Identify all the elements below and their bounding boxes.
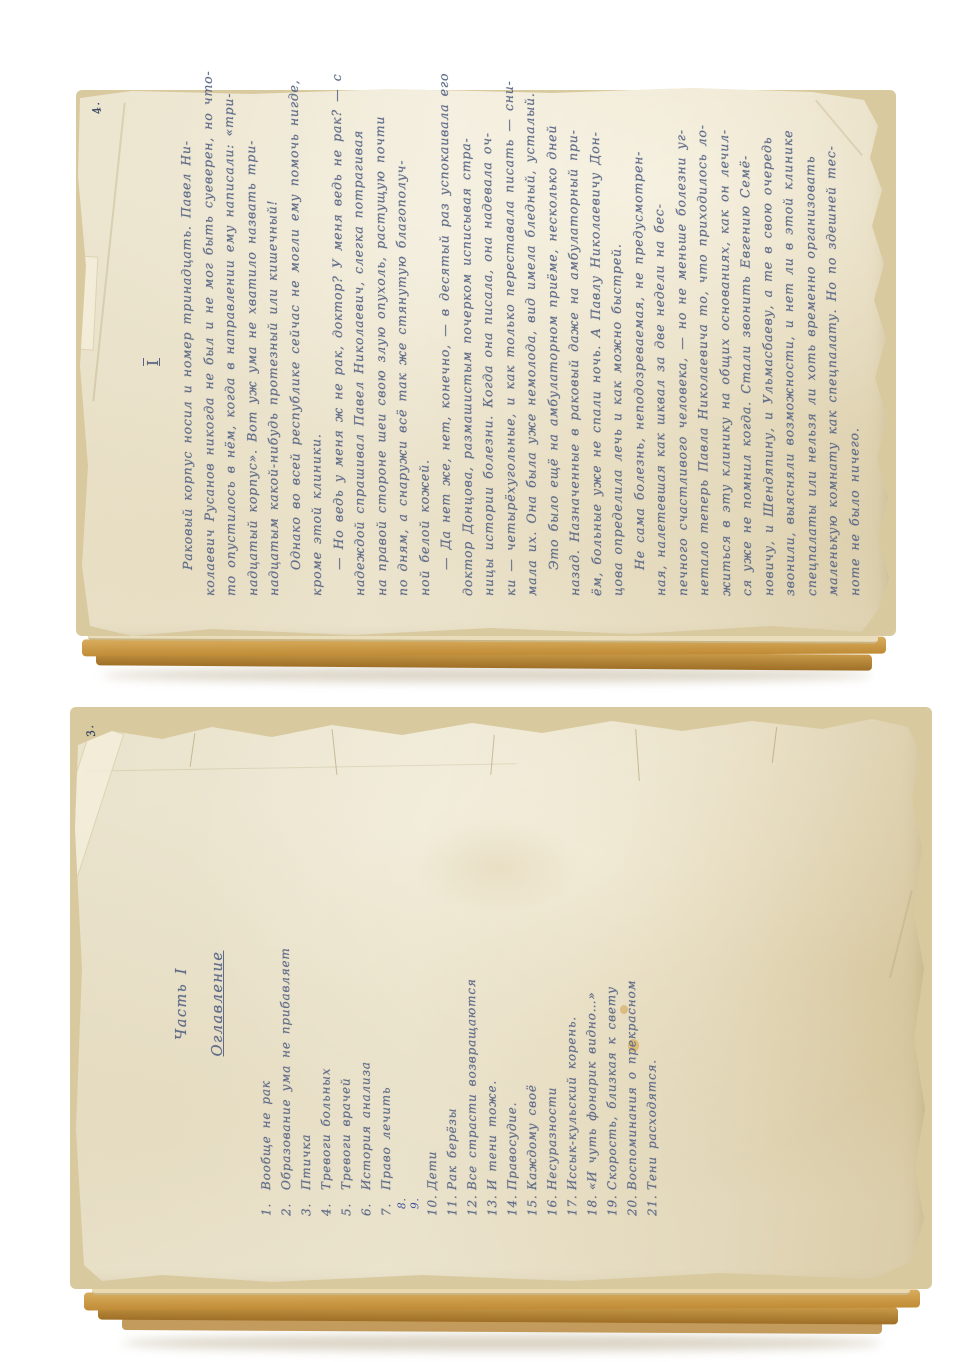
toc-item-number: 12. <box>462 1190 482 1216</box>
toc-item-number: 5. <box>336 1190 356 1216</box>
toc-item-title: Птичка <box>296 1134 316 1190</box>
toc-item-number: 4. <box>316 1190 336 1216</box>
handwriting-line: спецпалаты или нельзя ли хоть временно о… <box>798 102 822 596</box>
toc-item-title: Дети <box>422 1151 442 1190</box>
handwriting-line: на правой стороне шеи свою злую опухоль,… <box>368 102 392 596</box>
toc-item-number: 16. <box>542 1190 562 1216</box>
toc-item-number: 1. <box>256 1190 276 1216</box>
handwriting-line: кроме этой клиники. <box>304 102 328 596</box>
toc-item-title: И тени тоже. <box>482 1080 503 1190</box>
toc-item: 4.Тревоги больных <box>314 711 337 1216</box>
handwriting-line: ной белой кожей. <box>411 102 435 596</box>
rotated-text-page-2: 3. Часть I Оглавление 1.Вообще не рак2.О… <box>76 711 921 1296</box>
toc-item-title: Несуразности <box>542 1087 563 1190</box>
toc-item-number: 3. <box>296 1190 316 1216</box>
toc-item-number: 10. <box>422 1190 442 1216</box>
toc-item-number: 20. <box>622 1190 642 1216</box>
toc-item-title: Тени расходятся. <box>642 1059 663 1190</box>
toc-item: 15.Каждому своё <box>520 711 543 1216</box>
toc-item-title: Тревоги больных <box>316 1068 337 1190</box>
toc-item: 1.Вообще не рак <box>254 711 277 1216</box>
toc-item-title: Рак берёзы <box>442 1108 462 1190</box>
handwriting-line: звонили, выясняли возможности, и нет ли … <box>777 102 801 596</box>
toc-item-title: Скорость, близкая к свету <box>601 986 622 1190</box>
toc-item: 20.Воспоминания о прекрасном <box>620 711 643 1216</box>
handwriting-line: колаевич Русанов никогда не был и не мог… <box>196 102 220 596</box>
manuscript-photo-top: 4. I Раковый корпус носил и номер тринад… <box>62 82 906 694</box>
handwriting-line: Однако во всей республике сейчас не могл… <box>282 102 306 596</box>
toc-item: 5.Тревоги врачей <box>334 711 357 1216</box>
toc-list: 1.Вообще не рак2.Образование ума не приб… <box>255 711 661 1216</box>
toc-item-number: 13. <box>482 1190 502 1216</box>
photo-background: 4. I Раковый корпус носил и номер тринад… <box>0 0 966 1362</box>
toc-item-number: 21. <box>642 1190 662 1216</box>
toc-item: 16.Несуразности <box>540 711 563 1216</box>
handwriting-line: ём, больные уже не спали ночь. А Павлу Н… <box>583 102 607 596</box>
toc-item: 11.Рак берёзы <box>440 711 463 1216</box>
toc-item: 7.Право лечить <box>374 711 397 1216</box>
toc-item-title: Иссык-кульский корень. <box>561 1016 582 1190</box>
handwriting-line: Не сама болезнь, неподозреваемая, не пре… <box>626 102 650 596</box>
handwriting-line: Это было ещё на амбулаторном приёме, нес… <box>540 102 564 596</box>
handwriting-line: ницы истории болезни. Когда она писала, … <box>476 102 500 596</box>
toc-item: 10.Дети <box>420 711 443 1216</box>
toc-item-number: 17. <box>562 1190 582 1216</box>
stack-shadow <box>122 1335 882 1351</box>
chapter-heading: I <box>144 92 162 632</box>
toc-item-number: 7. <box>376 1190 396 1216</box>
toc-item-title: Правосудие. <box>502 1102 522 1190</box>
handwriting-line: ноте не было ничего. <box>841 102 865 596</box>
handwriting-line: нетало теперь Павла Николаевича то, что … <box>691 102 715 596</box>
handwriting-line: ная, налетевшая как шквал за две недели … <box>648 102 672 596</box>
handwriting-line: житься в эту клинику на общих основаниях… <box>712 102 736 596</box>
toc-item-title: Воспоминания о прекрасном <box>621 980 642 1190</box>
toc-item: 19.Скорость, близкая к свету <box>600 711 623 1216</box>
handwriting-line: мала их. Она была уже немолода, вид имел… <box>519 102 543 596</box>
handwriting-line: цова определила лечь и как можно быстрей… <box>605 102 629 596</box>
toc-item-title: История анализа <box>356 1061 377 1190</box>
handwriting-line: — Да нет же, нет, конечно, — в десятый р… <box>433 102 457 596</box>
manuscript-photo-bottom: 3. Часть I Оглавление 1.Вообще не рак2.О… <box>62 703 940 1355</box>
handwriting-line: то опустилось в нём, когда в направлении… <box>218 102 242 596</box>
toc-item-number: 6. <box>356 1190 376 1216</box>
handwriting-line: надцатым какой-нибудь протезный или кише… <box>261 102 285 596</box>
rotated-text-page-1: 4. I Раковый корпус носил и номер тринад… <box>84 92 884 632</box>
toc-item-number: 11. <box>442 1190 462 1216</box>
toc-item: 17.Иссык-кульский корень. <box>560 711 583 1216</box>
toc-item: 21.Тени расходятся. <box>640 711 663 1216</box>
handwriting-line: доктор Донцова, размашистым почерком исп… <box>454 102 478 596</box>
toc-item-number: 18. <box>582 1190 602 1216</box>
part-heading: Часть I <box>171 711 193 1296</box>
toc-item: 18.«И чуть фонарик видно…» <box>580 711 603 1216</box>
toc-item-title: Право лечить <box>376 1087 397 1190</box>
toc-item-title: Образование ума не прибавляет <box>275 947 296 1190</box>
handwriting-line: ки — четырёхугольные, и как только перес… <box>497 102 521 596</box>
toc-item-number: 14. <box>502 1190 522 1216</box>
toc-heading: Оглавление <box>207 711 229 1296</box>
toc-item-title: Все страсти возвращаются <box>461 978 482 1190</box>
handwriting-line: надцатый корпус». Вот уж ума не хватило … <box>239 102 263 596</box>
handwriting-line: надеждой спрашивал Павел Николаевич, сле… <box>347 102 371 596</box>
handwriting-line: новичу, и Шендяпину, и Ульмасбаеву, а те… <box>755 102 779 596</box>
handwriting-line: по дням, а снаружи всё так же стянутую б… <box>390 102 414 596</box>
handwriting-line: назад. Назначенные в раковый даже на амб… <box>562 102 586 596</box>
handwriting-line: — Но ведь у меня ж не рак, доктор? У мен… <box>325 102 349 596</box>
toc-item-number: 19. <box>602 1190 622 1216</box>
toc-item-number: 15. <box>522 1190 542 1216</box>
toc-item: 12.Все страсти возвращаются <box>460 711 483 1216</box>
toc-item-number: 8. <box>396 1183 409 1209</box>
toc-item: 3.Птичка <box>294 711 317 1216</box>
toc-item-title: «И чуть фонарик видно…» <box>581 991 602 1190</box>
toc-item-title: Вообще не рак <box>256 1080 277 1190</box>
toc-item-title: Каждому своё <box>522 1084 543 1190</box>
toc-item: 13.И тени тоже. <box>480 711 503 1216</box>
handwriting-line: маленькую комнату как спецпалату. Но по … <box>820 102 844 596</box>
handwriting-line: ся уже не помнил когда. Стали звонить Ев… <box>734 102 758 596</box>
handwriting-line: Раковый корпус носил и номер тринадцать.… <box>175 102 199 596</box>
toc-item: 2.Образование ума не прибавляет <box>274 711 297 1216</box>
toc-item: 14.Правосудие. <box>500 711 523 1216</box>
handwriting-lines: Раковый корпус носил и номер тринадцать.… <box>176 92 864 632</box>
toc-item: 6.История анализа <box>354 711 377 1216</box>
toc-item-number: 9. <box>409 1183 422 1209</box>
toc-item-title: Тревоги врачей <box>336 1078 357 1191</box>
handwriting-line: печного счастливого человека, — но не ме… <box>669 102 693 596</box>
toc-item-number: 2. <box>276 1190 296 1216</box>
stack-shadow <box>102 668 872 682</box>
